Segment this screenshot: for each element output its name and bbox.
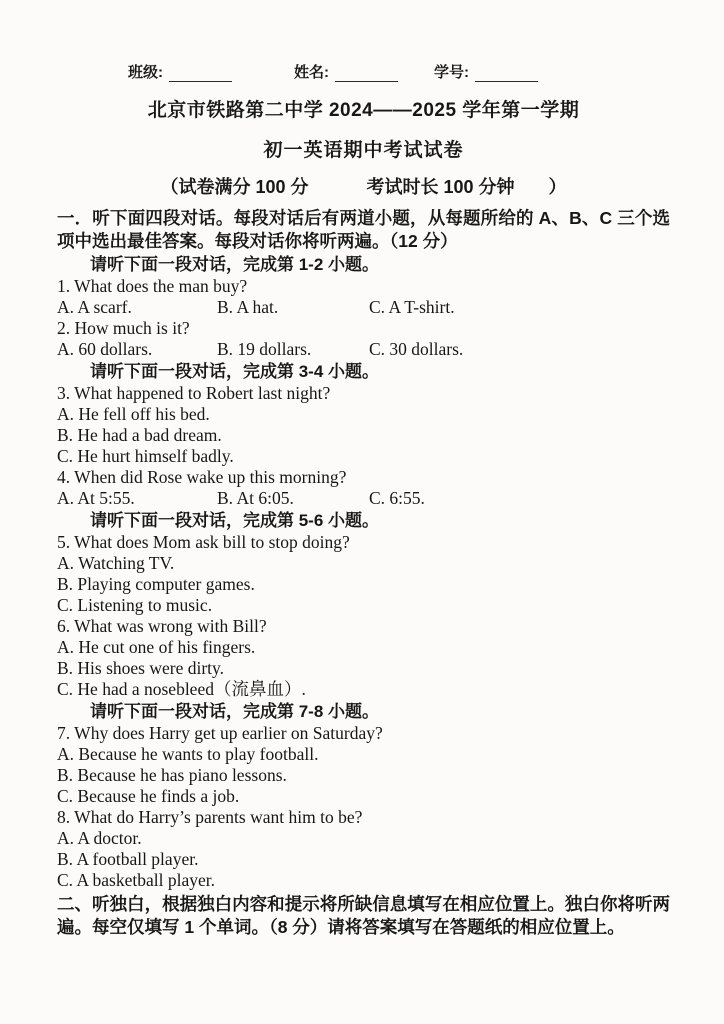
student-id-field: 学号: bbox=[434, 61, 538, 82]
name-field: 姓名: bbox=[294, 61, 398, 82]
duration-text: 考试时长 100 分钟 bbox=[367, 173, 515, 199]
q7-option-b: B. Because he has piano lessons. bbox=[57, 765, 670, 786]
info-close-paren: ） bbox=[549, 173, 567, 199]
q3-option-c: C. He hurt himself badly. bbox=[57, 446, 670, 467]
name-blank-line bbox=[335, 67, 398, 82]
q3-option-a: A. He fell off his bed. bbox=[57, 404, 670, 425]
student-id-blank-line bbox=[475, 67, 538, 82]
dialog-prompt-1-2: 请听下面一段对话，完成第 1-2 小题。 bbox=[57, 254, 670, 276]
q6-option-c: C. He had a nosebleed（流鼻血）. bbox=[57, 679, 670, 700]
q2-stem: 2. How much is it? bbox=[57, 318, 670, 339]
class-blank-line bbox=[169, 67, 232, 82]
q6-option-a: A. He cut one of his fingers. bbox=[57, 637, 670, 658]
dialog-prompt-3-4: 请听下面一段对话，完成第 3-4 小题。 bbox=[57, 361, 670, 383]
q8-option-a: A. A doctor. bbox=[57, 828, 670, 849]
q1-options: A. A scarf. B. A hat. C. A T-shirt. bbox=[57, 297, 670, 318]
dialog-prompt-7-8: 请听下面一段对话，完成第 7-8 小题。 bbox=[57, 701, 670, 723]
q7-option-a: A. Because he wants to play football. bbox=[57, 744, 670, 765]
dialog-prompt-5-6: 请听下面一段对话，完成第 5-6 小题。 bbox=[57, 510, 670, 532]
q8-option-b: B. A football player. bbox=[57, 849, 670, 870]
exam-paper-page: 班级: 姓名: 学号: 北京市铁路第二中学 2024——2025 学年第一学期 … bbox=[0, 0, 724, 1024]
q2-options: A. 60 dollars. B. 19 dollars. C. 30 doll… bbox=[57, 339, 670, 360]
q1-option-c: C. A T-shirt. bbox=[369, 297, 670, 318]
q5-stem: 5. What does Mom ask bill to stop doing? bbox=[57, 532, 670, 553]
q1-stem: 1. What does the man buy? bbox=[57, 276, 670, 297]
q4-option-a: A. At 5:55. bbox=[57, 488, 217, 509]
q3-stem: 3. What happened to Robert last night? bbox=[57, 383, 670, 404]
part1-instruction: 一．听下面四段对话。每段对话后有两道小题，从每题所给的 A、B、C 三个选项中选… bbox=[57, 207, 670, 253]
class-field: 班级: bbox=[128, 61, 232, 82]
student-id-label: 学号: bbox=[434, 61, 469, 82]
q4-stem: 4. When did Rose wake up this morning? bbox=[57, 467, 670, 488]
exam-title: 初一英语期中考试试卷 bbox=[57, 135, 670, 162]
q7-option-c: C. Because he finds a job. bbox=[57, 786, 670, 807]
student-info-row: 班级: 姓名: 学号: bbox=[57, 60, 670, 82]
q4-option-b: B. At 6:05. bbox=[217, 488, 369, 509]
q2-option-b: B. 19 dollars. bbox=[217, 339, 369, 360]
q6-stem: 6. What was wrong with Bill? bbox=[57, 616, 670, 637]
q5-option-b: B. Playing computer games. bbox=[57, 574, 670, 595]
class-label: 班级: bbox=[128, 61, 163, 82]
school-term-title: 北京市铁路第二中学 2024——2025 学年第一学期 bbox=[57, 95, 670, 122]
q2-option-c: C. 30 dollars. bbox=[369, 339, 670, 360]
q8-stem: 8. What do Harry’s parents want him to b… bbox=[57, 807, 670, 828]
exam-info-line: （试卷满分 100 分 考试时长 100 分钟 ） bbox=[57, 173, 670, 199]
q2-option-a: A. 60 dollars. bbox=[57, 339, 217, 360]
full-score-text: （试卷满分 100 分 bbox=[160, 173, 308, 199]
part2-instruction: 二、听独白，根据独白内容和提示将所缺信息填写在相应位置上。独白你将听两遍。每空仅… bbox=[57, 893, 670, 939]
name-label: 姓名: bbox=[294, 61, 329, 82]
q3-option-b: B. He had a bad dream. bbox=[57, 425, 670, 446]
q6-option-b: B. His shoes were dirty. bbox=[57, 658, 670, 679]
q8-option-c: C. A basketball player. bbox=[57, 870, 670, 891]
q1-option-b: B. A hat. bbox=[217, 297, 369, 318]
q4-option-c: C. 6:55. bbox=[369, 488, 670, 509]
q1-option-a: A. A scarf. bbox=[57, 297, 217, 318]
q5-option-c: C. Listening to music. bbox=[57, 595, 670, 616]
q7-stem: 7. Why does Harry get up earlier on Satu… bbox=[57, 723, 670, 744]
q4-options: A. At 5:55. B. At 6:05. C. 6:55. bbox=[57, 488, 670, 509]
q5-option-a: A. Watching TV. bbox=[57, 553, 670, 574]
